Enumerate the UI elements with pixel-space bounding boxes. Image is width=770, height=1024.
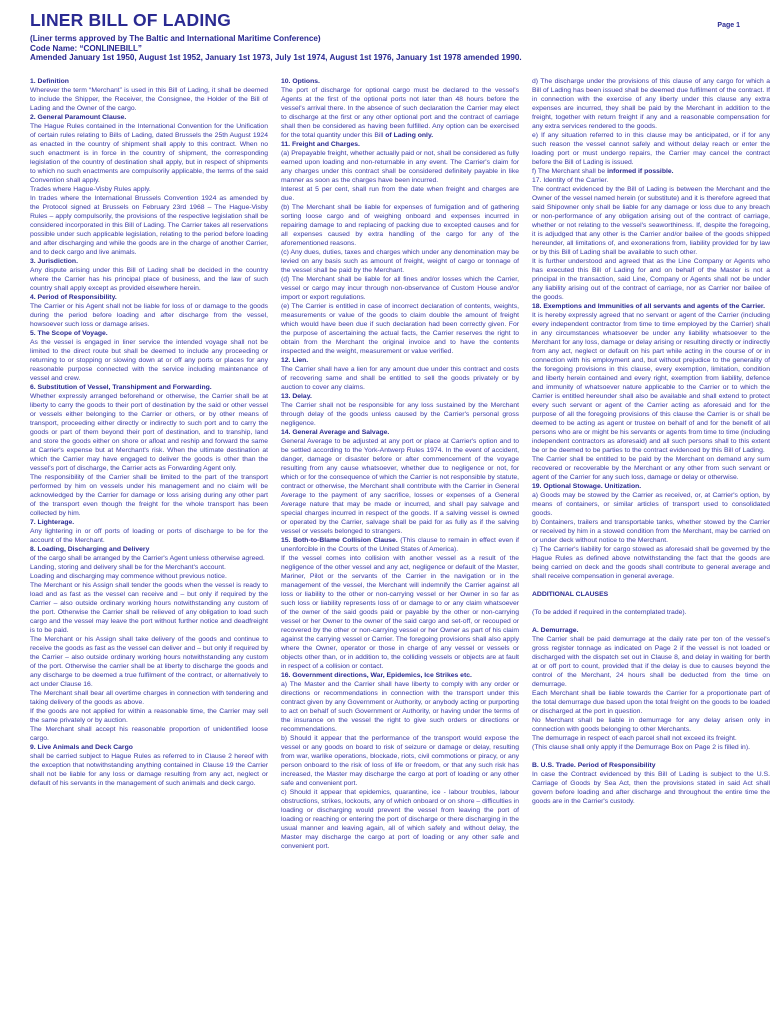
clause-heading: 18. Exemptions and Immunities of all ser… — [532, 302, 770, 311]
clause-heading: 1. Definition — [30, 77, 268, 86]
clause-heading: 19. Optional Stowage. Unitization. — [532, 482, 770, 491]
clause-heading: 16. Government directions, War, Epidemic… — [281, 671, 519, 680]
clause-paragraph: General Average to be adjusted at any po… — [281, 437, 519, 536]
document-subtitle: (Liner terms approved by The Baltic and … — [30, 34, 690, 44]
clause-paragraph: (e) The Carrier is entitled in case of i… — [281, 302, 519, 356]
clause-paragraph: (To be added if required in the contempl… — [532, 608, 770, 617]
clause-paragraph: 17. Identity of the Carrier. — [532, 176, 770, 185]
clause-paragraph: The Carrier shall not be responsible for… — [281, 401, 519, 428]
clause-heading: 4. Period of Responsibility. — [30, 293, 268, 302]
clause-paragraph: d) The discharge under the provisions of… — [532, 77, 770, 131]
page-number: Page 1 — [717, 22, 740, 29]
clause-paragraph: Landing, storing and delivery shall be f… — [30, 563, 268, 572]
terms-column-2: 10. Options.The port of discharge for op… — [281, 77, 519, 851]
clause-paragraph: c) Should it appear that epidemics, quar… — [281, 788, 519, 851]
clause-heading: 14. General Average and Salvage. — [281, 428, 519, 437]
clause-heading: B. U.S. Trade. Period of Responsibility — [532, 761, 770, 770]
clause-paragraph: Loading and discharging may commence wit… — [30, 572, 268, 581]
clause-heading: 12. Lien. — [281, 356, 519, 365]
bill-of-lading-page: Page 1 LINER BILL OF LADING (Liner terms… — [0, 0, 770, 1024]
document-code-name: Code Name: “CONLINEBILL” — [30, 44, 690, 54]
clause-heading: 5. The Scope of Voyage. — [30, 329, 268, 338]
clause-paragraph: (b) The Merchant shall be liable for exp… — [281, 203, 519, 248]
clause-paragraph: The Merchant or his Assign shall take de… — [30, 635, 268, 689]
clause-paragraph: (a) Prepayable freight, whether actually… — [281, 149, 519, 185]
clause-heading: A. Demurrage. — [532, 626, 770, 635]
terms-column-1: 1. DefinitionWherever the term “Merchant… — [30, 77, 268, 851]
clause-paragraph: If the vessel comes into collision with … — [281, 554, 519, 671]
clause-paragraph: Any dispute arising under this Bill of L… — [30, 266, 268, 293]
clause-paragraph: (d) The Merchant shall be liable for all… — [281, 275, 519, 302]
clause-paragraph: Wherever the term “Merchant” is used in … — [30, 86, 268, 113]
clause-paragraph: of the cargo shall be arranged by the Ca… — [30, 554, 268, 563]
clause-heading: ADDITIONAL CLAUSES — [532, 590, 770, 599]
clause-paragraph: a) Goods may be stowed by the Carrier as… — [532, 491, 770, 518]
clause-paragraph: Any lightering in or off ports of loadin… — [30, 527, 268, 545]
clause-paragraph: The responsibility of the Carrier shall … — [30, 473, 268, 518]
clause-paragraph: The demurrage in respect of each parcel … — [532, 734, 770, 743]
clause-paragraph: It is further understood and agreed that… — [532, 257, 770, 302]
clause-paragraph: In trades where the International Brusse… — [30, 194, 268, 257]
clause-paragraph: a) The Master and the Carrier shall have… — [281, 680, 519, 734]
clause-heading: 6. Substitution of Vessel, Transhipment … — [30, 383, 268, 392]
document-amendments: Amended January 1st 1950, August 1st 195… — [30, 53, 690, 63]
clause-heading: 7. Lighterage. — [30, 518, 268, 527]
clause-paragraph: (c) Any dues, duties, taxes and charges … — [281, 248, 519, 275]
clause-paragraph: f) The Merchant shall be informed if pos… — [532, 167, 770, 176]
clause-paragraph: The Carrier shall be entitled to be paid… — [532, 455, 770, 482]
clause-paragraph: (This clause shall only apply if the Dem… — [532, 743, 770, 752]
terms-columns: 1. DefinitionWherever the term “Merchant… — [30, 77, 770, 851]
clause-paragraph: Trades where Hague-Visby Rules apply. — [30, 185, 268, 194]
clause-paragraph: shall be carried subject to Hague Rules … — [30, 752, 268, 788]
clause-paragraph: The Carrier or his Agent shall not be li… — [30, 302, 268, 329]
clause-heading: 3. Jurisdiction. — [30, 257, 268, 266]
clause-paragraph: Whether expressly arranged beforehand or… — [30, 392, 268, 473]
clause-paragraph: The Hague Rules contained in the Interna… — [30, 122, 268, 185]
clause-paragraph: The Carrier shall have a lien for any am… — [281, 365, 519, 392]
clause-paragraph: Each Merchant shall be liable towards th… — [532, 689, 770, 716]
clause-paragraph: As the vessel is engaged in liner servic… — [30, 338, 268, 383]
clause-heading: 8. Loading, Discharging and Delivery — [30, 545, 268, 554]
clause-paragraph: It is hereby expressly agreed that no se… — [532, 311, 770, 455]
clause-paragraph: No Merchant shall be liable in demurrage… — [532, 716, 770, 734]
clause-paragraph: b) Containers, trailers and transportabl… — [532, 518, 770, 545]
clause-paragraph: The Merchant shall accept his reasonable… — [30, 725, 268, 743]
clause-heading: 9. Live Animals and Deck Cargo — [30, 743, 268, 752]
clause-paragraph: The contract evidenced by the Bill of La… — [532, 185, 770, 257]
document-title: LINER BILL OF LADING — [30, 11, 690, 30]
clause-heading: 11. Freight and Charges. — [281, 140, 519, 149]
clause-paragraph: The port of discharge for optional cargo… — [281, 86, 519, 140]
clause-paragraph: c) The Carrier's liability for cargo sto… — [532, 545, 770, 581]
clause-paragraph: The Carrier shall be paid demurrage at t… — [532, 635, 770, 689]
clause-heading: 10. Options. — [281, 77, 519, 86]
clause-paragraph: Interest at 5 per cent, shall run from t… — [281, 185, 519, 203]
clause-paragraph: The Merchant or his Assign shall tender … — [30, 581, 268, 635]
document-header: LINER BILL OF LADING (Liner terms approv… — [30, 11, 690, 63]
clause-heading: 13. Delay. — [281, 392, 519, 401]
clause-heading: 2. General Paramount Clause. — [30, 113, 268, 122]
clause-paragraph: 15. Both-to-Blame Collision Clause. (Thi… — [281, 536, 519, 554]
terms-column-3: d) The discharge under the provisions of… — [532, 77, 770, 851]
clause-paragraph: In case the Contract evidenced by this B… — [532, 770, 770, 806]
clause-paragraph: If the goods are not applied for within … — [30, 707, 268, 725]
clause-paragraph: The Merchant shall bear all overtime cha… — [30, 689, 268, 707]
clause-paragraph: e) If any situation referred to in this … — [532, 131, 770, 167]
clause-paragraph: b) Should it appear that the performance… — [281, 734, 519, 788]
